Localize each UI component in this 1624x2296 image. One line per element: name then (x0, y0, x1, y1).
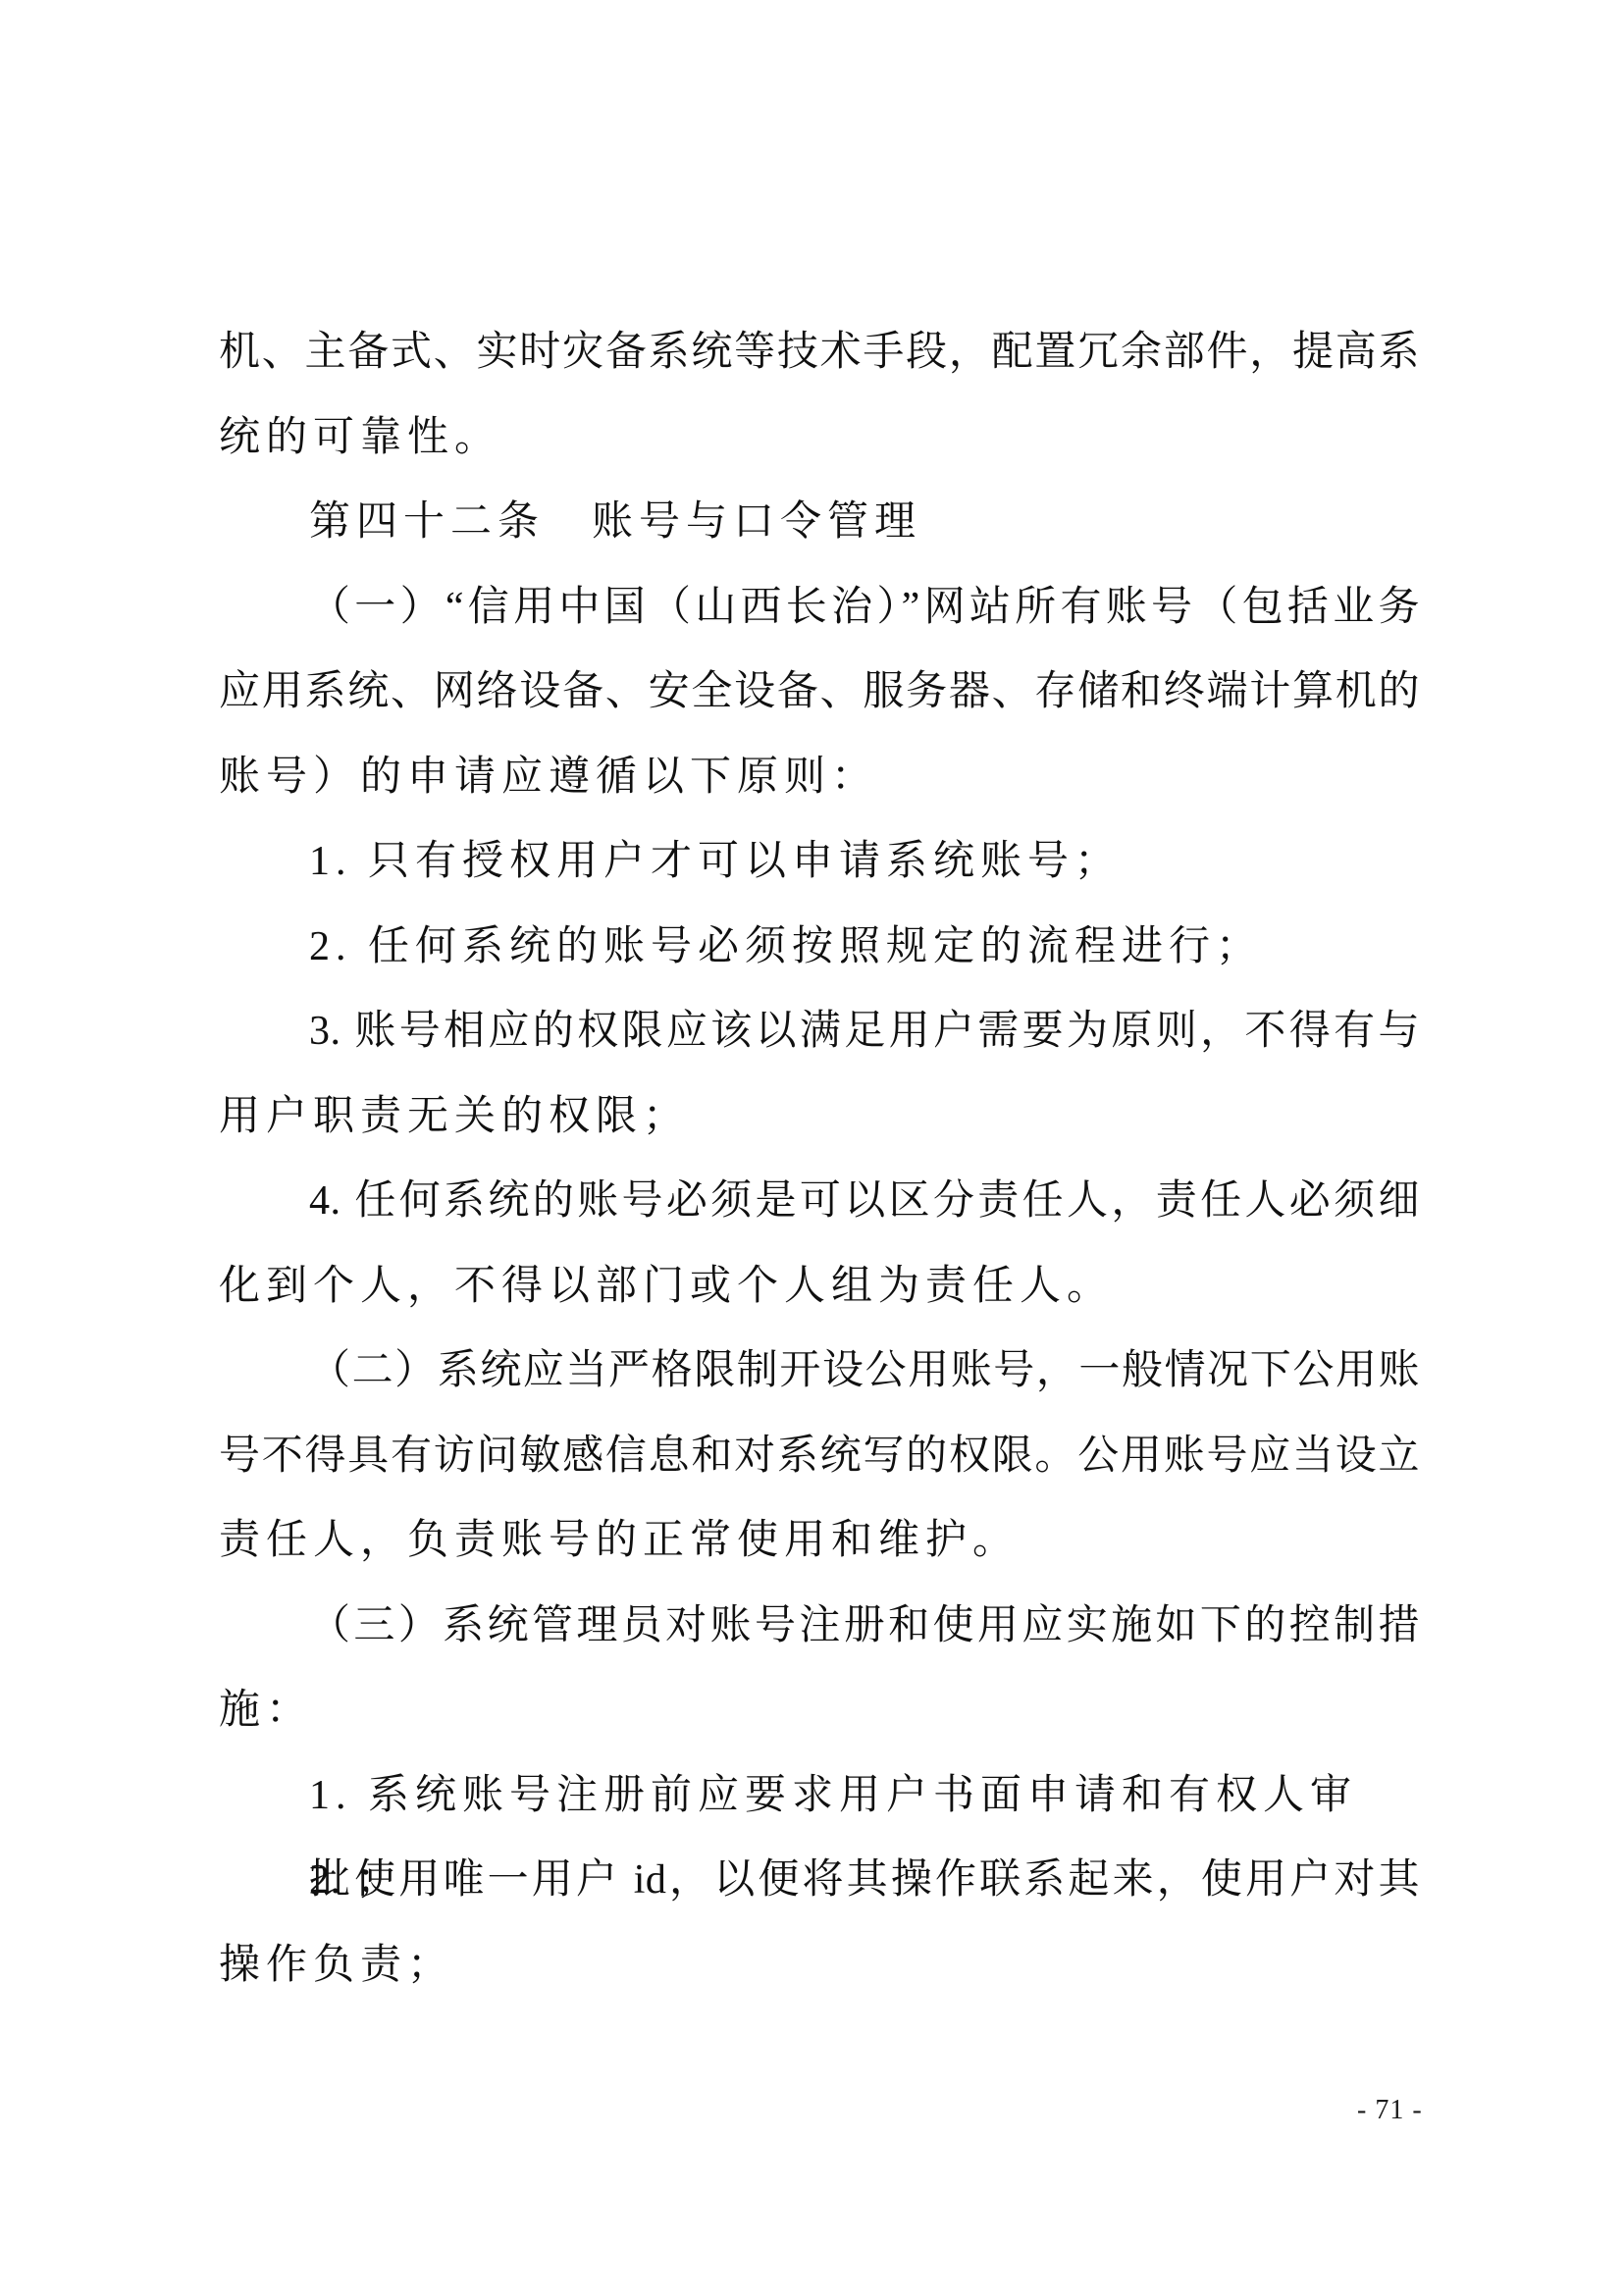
list-item-line: 3. 账号相应的权限应该以满足用户需要为原则，不得有与 (219, 989, 1420, 1074)
text-line: （二）系统应当严格限制开设公用账号，一般情况下公用账 (219, 1329, 1420, 1414)
text-line: （一）“信用中国（山西长治）”网站所有账号（包括业务 (219, 565, 1420, 651)
text-line: 账号）的申请应遵循以下原则： (219, 735, 1420, 820)
text-line: 号不得具有访问敏感信息和对系统写的权限。公用账号应当设立 (219, 1414, 1420, 1499)
text-line: 统的可靠性。 (219, 395, 1420, 481)
text-line: 机、主备式、实时灾备系统等技术手段，配置冗余部件，提高系 (219, 310, 1420, 395)
list-item-line: 2. 使用唯一用户 id，以便将其操作联系起来，使用户对其 (219, 1838, 1420, 1923)
list-item-line: 1. 系统账号注册前应要求用户书面申请和有权人审批； (219, 1753, 1420, 1839)
list-item-line: 4. 任何系统的账号必须是可以区分责任人，责任人必须细 (219, 1159, 1420, 1244)
text-line: 用户职责无关的权限； (219, 1074, 1420, 1160)
page-number: - 71 - (1357, 2094, 1423, 2127)
list-item-line: 2. 任何系统的账号必须按照规定的流程进行； (219, 905, 1420, 990)
text-line: 责任人，负责账号的正常使用和维护。 (219, 1498, 1420, 1584)
article-heading: 第四十二条 账号与口令管理 (219, 480, 1420, 565)
text-line: 化到个人，不得以部门或个人组为责任人。 (219, 1244, 1420, 1330)
document-page: 机、主备式、实时灾备系统等技术手段，配置冗余部件，提高系 统的可靠性。 第四十二… (0, 0, 1624, 2296)
body-text: 机、主备式、实时灾备系统等技术手段，配置冗余部件，提高系 统的可靠性。 第四十二… (219, 310, 1420, 2008)
text-line: 操作负责； (219, 1923, 1420, 2009)
text-line: 施： (219, 1668, 1420, 1753)
text-line: （三）系统管理员对账号注册和使用应实施如下的控制措 (219, 1584, 1420, 1669)
text-line: 应用系统、网络设备、安全设备、服务器、存储和终端计算机的 (219, 650, 1420, 735)
list-item-line: 1. 只有授权用户才可以申请系统账号； (219, 819, 1420, 905)
